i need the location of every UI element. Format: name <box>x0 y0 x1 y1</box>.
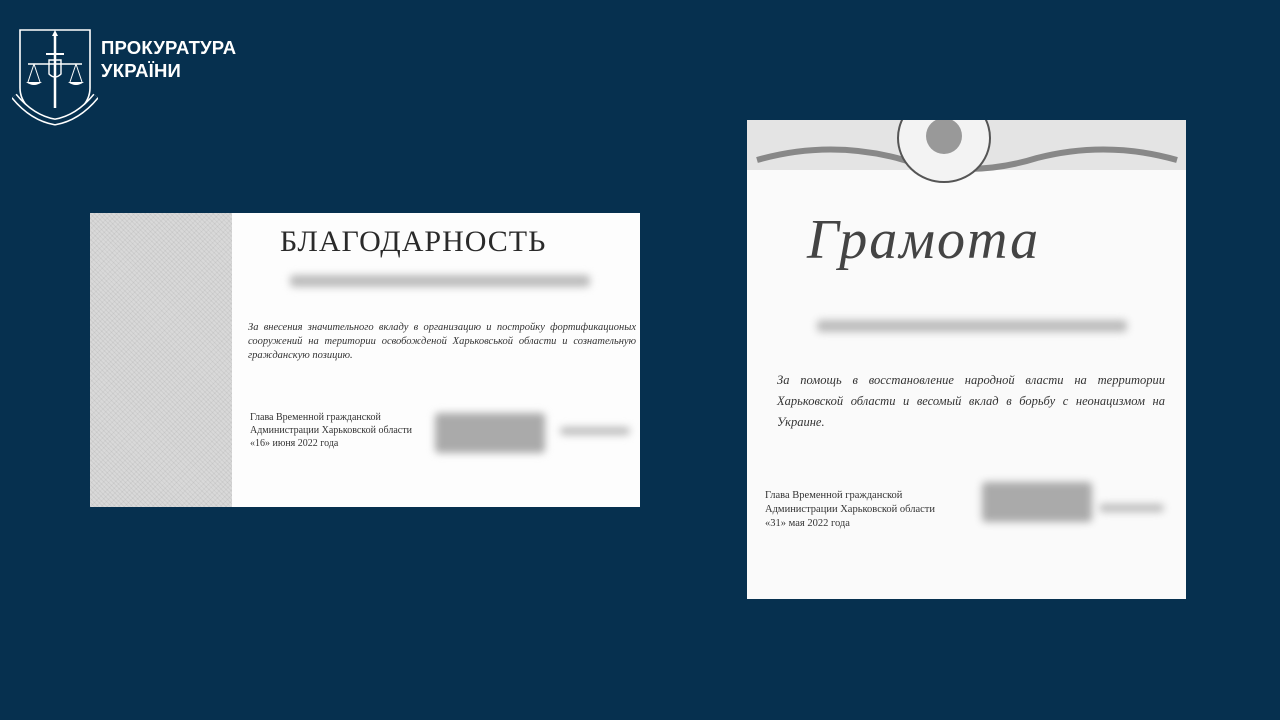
redacted-name <box>817 320 1127 332</box>
redacted-signature <box>435 413 545 453</box>
redacted-signature <box>982 482 1092 522</box>
document-body: За внесения значительного вкладу в орган… <box>248 321 636 363</box>
coat-of-arms-image <box>90 213 232 507</box>
signature-block: Глава Временной гражданской Администраци… <box>250 411 412 450</box>
redacted-initials <box>560 427 630 435</box>
document-title: Грамота <box>807 208 1040 272</box>
prosecutor-emblem-icon <box>12 26 98 132</box>
redacted-initials <box>1099 504 1164 512</box>
document-gramota: Грамота За помощь в восстановление народ… <box>747 120 1186 599</box>
document-blagodarnost: БЛАГОДАРНОСТЬ За внесения значительного … <box>90 213 640 507</box>
signature-block: Глава Временной гражданской Администраци… <box>765 489 935 531</box>
document-title: БЛАГОДАРНОСТЬ <box>280 225 546 259</box>
redacted-name <box>290 275 590 287</box>
ornament-eagle-icon <box>747 120 1186 192</box>
document-body: За помощь в восстановление народной влас… <box>777 370 1165 433</box>
org-name: ПРОКУРАТУРА УКРАЇНИ <box>101 36 236 82</box>
